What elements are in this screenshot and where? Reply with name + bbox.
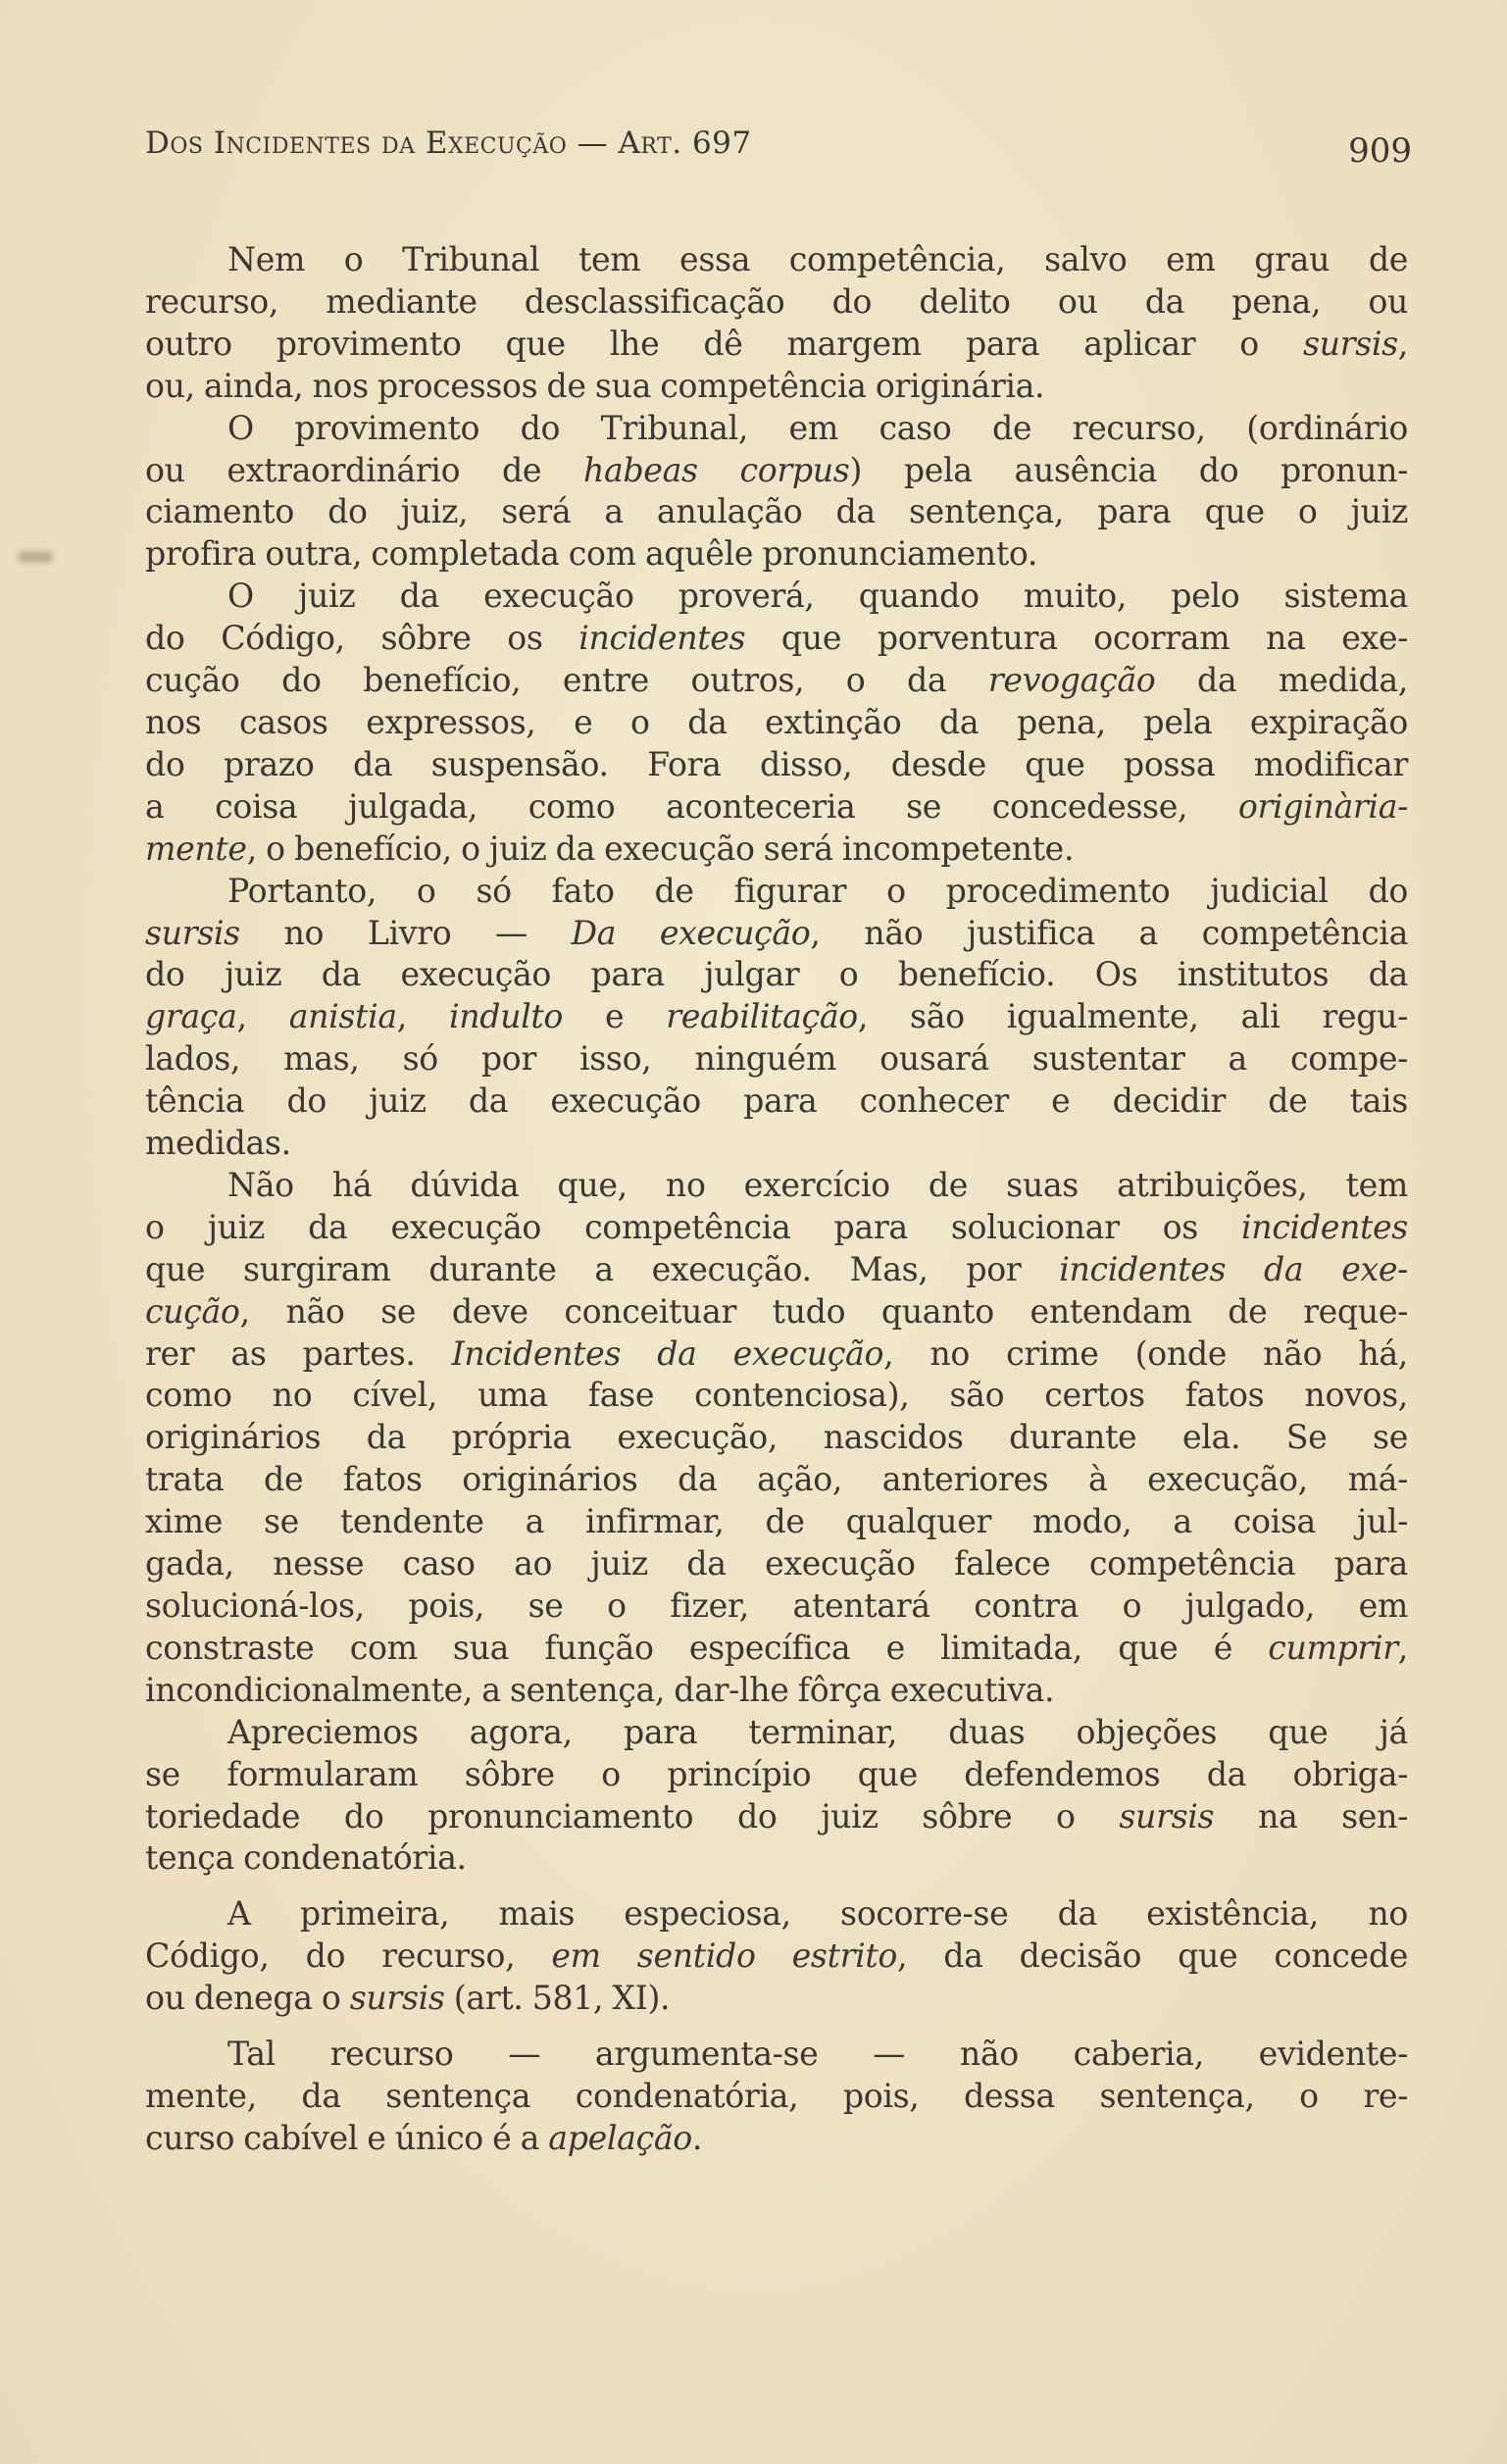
text-line: Nem o Tribunal tem essa competência, sal… (145, 239, 1408, 281)
text-line: ciamento do juiz, será a anulação da sen… (145, 491, 1408, 533)
text-line: xime se tendente a infirmar, de qualquer… (145, 1501, 1408, 1543)
italic-term: em sentido estrito (551, 1936, 897, 1975)
text-line: constraste com sua função específica e l… (145, 1628, 1408, 1670)
text-line: ou denega o sursis (art. 581, XI). (145, 1978, 1408, 2020)
italic-term: mente (145, 830, 247, 868)
text-line: sursis no Livro — Da execução, não justi… (145, 913, 1408, 955)
text-line: ou extraordinário de habeas corpus) pela… (145, 450, 1408, 492)
italic-term: sursis (1303, 325, 1398, 363)
text-line: originários da própria execução, nascido… (145, 1417, 1408, 1459)
italic-term: graça (145, 997, 237, 1035)
italic-term: reabilitação (666, 997, 858, 1035)
italic-term: incidentes (578, 619, 745, 657)
italic-term: anistia (289, 997, 397, 1035)
running-title: Dos Incidentes da Execução — Art. 697 (145, 126, 752, 161)
paragraph: O juiz da execução proverá, quando muito… (145, 576, 1408, 870)
page-number: 909 (1348, 131, 1412, 171)
running-head: Dos Incidentes da Execução — Art. 697 90… (145, 126, 1408, 184)
text-line: tência do juiz da execução para conhecer… (145, 1081, 1408, 1123)
paragraph: Tal recurso — argumenta-se — não caberia… (145, 2034, 1408, 2160)
italic-term: incidentes (1241, 1208, 1408, 1246)
paragraph: Portanto, o só fato de figurar o procedi… (145, 871, 1408, 1165)
text-line: Código, do recurso, em sentido estrito, … (145, 1936, 1408, 1978)
text-line: Tal recurso — argumenta-se — não caberia… (145, 2034, 1408, 2076)
italic-term: cumprir (1268, 1629, 1398, 1667)
text-line: recurso, mediante desclassificação do de… (145, 281, 1408, 324)
text-line: solucioná-los, pois, se o fizer, atentar… (145, 1585, 1408, 1628)
text-line: mente, da sentença condenatória, pois, d… (145, 2076, 1408, 2118)
text-line: do juiz da execução para julgar o benefí… (145, 954, 1408, 996)
italic-term: Da execução (572, 914, 811, 952)
text-line: profira outra, completada com aquêle pro… (145, 533, 1408, 576)
scan-smudge (18, 551, 53, 563)
text-line: cução do benefício, entre outros, o da r… (145, 660, 1408, 702)
paragraph: Apreciemos agora, para terminar, duas ob… (145, 1712, 1408, 1881)
text-line: trata de fatos originários da ação, ante… (145, 1459, 1408, 1501)
text-line: rer as partes. Incidentes da execução, n… (145, 1333, 1408, 1376)
italic-term: cução (145, 1292, 240, 1331)
italic-term: incidentes da exe- (1059, 1250, 1408, 1288)
text-line: incondicionalmente, a sentença, dar-lhe … (145, 1670, 1408, 1712)
text-line: graça, anistia, indulto e reabilitação, … (145, 996, 1408, 1038)
italic-term: revogação (988, 661, 1155, 699)
text-line: o juiz da execução competência para solu… (145, 1207, 1408, 1249)
text-line: outro provimento que lhe dê margem para … (145, 324, 1408, 366)
text-line: a coisa julgada, como aconteceria se con… (145, 786, 1408, 829)
paragraph: Nem o Tribunal tem essa competência, sal… (145, 239, 1408, 408)
text-line: mente, o benefício, o juiz da execução s… (145, 829, 1408, 871)
italic-term: indulto (449, 997, 563, 1035)
text-line: como no cível, uma fase contenciosa), sã… (145, 1375, 1408, 1417)
text-line: O provimento do Tribunal, em caso de rec… (145, 408, 1408, 450)
text-line: nos casos expressos, e o da extinção da … (145, 702, 1408, 744)
text-line: Apreciemos agora, para terminar, duas ob… (145, 1712, 1408, 1754)
italic-term: Incidentes da execução (452, 1334, 883, 1373)
paragraph: Não há dúvida que, no exercício de suas … (145, 1165, 1408, 1712)
text-line: Não há dúvida que, no exercício de suas … (145, 1165, 1408, 1207)
text-line: cução, não se deve conceituar tudo quant… (145, 1291, 1408, 1333)
text-line: lados, mas, só por isso, ninguém ousará … (145, 1038, 1408, 1081)
text-line: que surgiram durante a execução. Mas, po… (145, 1249, 1408, 1291)
italic-term: sursis (1119, 1797, 1214, 1835)
text-line: toriedade do pronunciamento do juiz sôbr… (145, 1796, 1408, 1838)
text-line: ou, ainda, nos processos de sua competên… (145, 366, 1408, 408)
text-line: do Código, sôbre os incidentes que porve… (145, 618, 1408, 660)
italic-term: sursis (350, 1979, 445, 2017)
text-line: curso cabível e único é a apelação. (145, 2118, 1408, 2160)
italic-term: apelação (548, 2119, 692, 2157)
text-line: se formularam sôbre o princípio que defe… (145, 1754, 1408, 1796)
paragraph: A primeira, mais especiosa, socorre-se d… (145, 1893, 1408, 2020)
text-line: medidas. (145, 1123, 1408, 1165)
text-line: Portanto, o só fato de figurar o procedi… (145, 871, 1408, 913)
paragraph: O provimento do Tribunal, em caso de rec… (145, 408, 1408, 577)
italic-term: originària- (1238, 787, 1408, 826)
body-text: Nem o Tribunal tem essa competência, sal… (145, 239, 1408, 2160)
italic-term: habeas corpus (583, 451, 850, 489)
italic-term: sursis (145, 914, 240, 952)
text-line: A primeira, mais especiosa, socorre-se d… (145, 1893, 1408, 1936)
book-page: Dos Incidentes da Execução — Art. 697 90… (145, 126, 1408, 2160)
text-line: gada, nesse caso ao juiz da execução fal… (145, 1543, 1408, 1585)
text-line: O juiz da execução proverá, quando muito… (145, 576, 1408, 618)
text-line: tença condenatória. (145, 1837, 1408, 1880)
text-line: do prazo da suspensão. Fora disso, desde… (145, 744, 1408, 786)
